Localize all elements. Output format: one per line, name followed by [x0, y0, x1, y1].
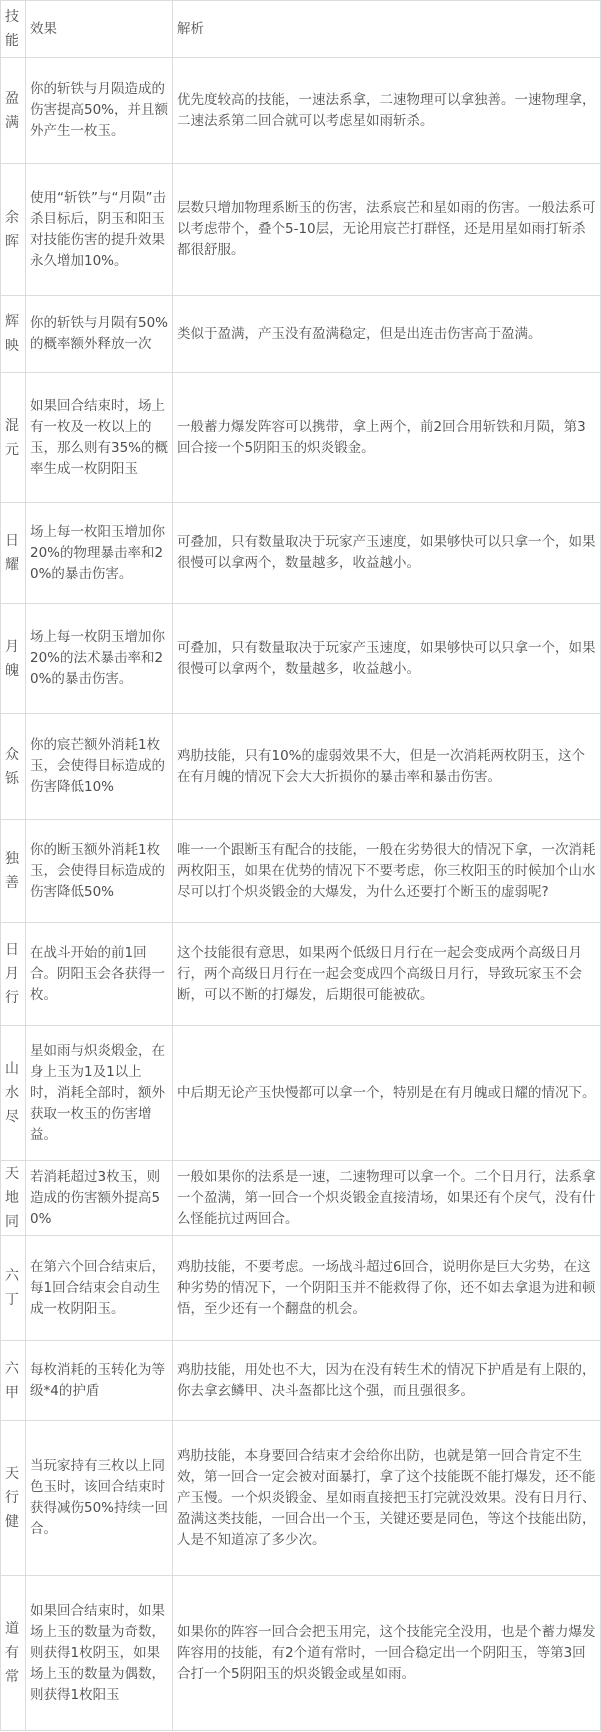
skill-effect: 你的断玉额外消耗1枚玉，会使得目标造成的伤害降低50% — [26, 820, 173, 923]
skill-name: 山水尽 — [1, 1026, 26, 1161]
table-row: 日耀 场上每一枚阳玉增加你20%的物理暴击率和20%的暴击伤害。 可叠加，只有数… — [1, 503, 601, 604]
skill-effect: 使用“斩铁”与“月陨”击杀目标后，阴玉和阳玉对技能伤害的提升效果永久增加10%。 — [26, 164, 173, 296]
skill-analysis: 一般如果你的法系是一速，二速物理可以拿一个。二个日月行，法系拿一个盈满，第一回合… — [173, 1161, 601, 1236]
skill-name: 众铄 — [1, 714, 26, 820]
table-row: 混元 如果回合结束时，场上有一枚及一枚以上的玉，那么则有35%的概率生成一枚阴阳… — [1, 373, 601, 503]
table-row: 道有常 如果回合结束时，如果场上玉的数量为奇数，则获得1枚阴玉，如果场上玉的数量… — [1, 1576, 601, 1731]
skill-name: 道有常 — [1, 1576, 26, 1731]
skill-analysis: 层数只增加物理系断玉的伤害，法系宸芒和星如雨的伤害。一般法系可以考虑带个，叠个5… — [173, 164, 601, 296]
skill-effect: 场上每一枚阴玉增加你20%的法术暴击率和20%的暴击伤害。 — [26, 604, 173, 714]
table-row: 众铄 你的宸芒额外消耗1枚玉，会使得目标造成的伤害降低10% 鸡肋技能，只有10… — [1, 714, 601, 820]
skill-name: 盈满 — [1, 58, 26, 164]
skill-effect: 如果回合结束时，如果场上玉的数量为奇数，则获得1枚阴玉，如果场上玉的数量为偶数，… — [26, 1576, 173, 1731]
skill-effect: 你的斩铁与月陨造成的伤害提高50%，并且额外产生一枚玉。 — [26, 58, 173, 164]
table-row: 天地同 若消耗超过3枚玉，则造成的伤害额外提高50% 一般如果你的法系是一速，二… — [1, 1161, 601, 1236]
table-row: 月魄 场上每一枚阴玉增加你20%的法术暴击率和20%的暴击伤害。 可叠加，只有数… — [1, 604, 601, 714]
skill-name: 余晖 — [1, 164, 26, 296]
skill-effect: 若消耗超过3枚玉，则造成的伤害额外提高50% — [26, 1161, 173, 1236]
skill-analysis: 鸡肋技能，只有10%的虚弱效果不大，但是一次消耗两枚阴玉，这个在有月魄的情况下会… — [173, 714, 601, 820]
skill-effect: 你的宸芒额外消耗1枚玉，会使得目标造成的伤害降低10% — [26, 714, 173, 820]
skill-analysis: 鸡肋技能，本身要回合结束才会给你出防，也就是第一回合肯定不生效，第一回合一定会被… — [173, 1421, 601, 1576]
skill-name: 六丁 — [1, 1236, 26, 1341]
skill-name: 天行健 — [1, 1421, 26, 1576]
skill-name: 混元 — [1, 373, 26, 503]
header-skill: 技能 — [1, 1, 26, 58]
header-effect: 效果 — [26, 1, 173, 58]
skill-analysis: 唯一一个跟断玉有配合的技能，一般在劣势很大的情况下拿，一次消耗两枚阳玉，如果在优… — [173, 820, 601, 923]
skill-analysis: 中后期无论产玉快慢都可以拿一个，特别是在有月魄或日耀的情况下。 — [173, 1026, 601, 1161]
skill-name: 日耀 — [1, 503, 26, 604]
table-row: 日月行 在战斗开始的前1回合。阴阳玉会各获得一枚。 这个技能很有意思，如果两个低… — [1, 923, 601, 1026]
table-header-row: 技能 效果 解析 — [1, 1, 601, 58]
skill-analysis: 可叠加，只有数量取决于玩家产玉速度，如果够快可以只拿一个，如果很慢可以拿两个，数… — [173, 503, 601, 604]
skill-effect: 如果回合结束时，场上有一枚及一枚以上的玉，那么则有35%的概率生成一枚阴阳玉 — [26, 373, 173, 503]
skill-effect: 你的斩铁与月陨有50%的概率额外释放一次 — [26, 296, 173, 373]
table-row: 辉映 你的斩铁与月陨有50%的概率额外释放一次 类似于盈满，产玉没有盈满稳定，但… — [1, 296, 601, 373]
skill-effect: 每枚消耗的玉转化为等级*4的护盾 — [26, 1341, 173, 1421]
skills-table: 技能 效果 解析 盈满 你的斩铁与月陨造成的伤害提高50%，并且额外产生一枚玉。… — [0, 0, 601, 1731]
skill-analysis: 如果你的阵容一回合会把玉用完，这个技能完全没用，也是个蓄力爆发阵容用的技能，有2… — [173, 1576, 601, 1731]
table-row: 六甲 每枚消耗的玉转化为等级*4的护盾 鸡肋技能，用处也不大，因为在没有转生术的… — [1, 1341, 601, 1421]
skill-effect: 场上每一枚阳玉增加你20%的物理暴击率和20%的暴击伤害。 — [26, 503, 173, 604]
skill-name: 六甲 — [1, 1341, 26, 1421]
skill-effect: 在战斗开始的前1回合。阴阳玉会各获得一枚。 — [26, 923, 173, 1026]
table-row: 六丁 在第六个回合结束后，每1回合结束会自动生成一枚阴阳玉。 鸡肋技能，不要考虑… — [1, 1236, 601, 1341]
table-row: 余晖 使用“斩铁”与“月陨”击杀目标后，阴玉和阳玉对技能伤害的提升效果永久增加1… — [1, 164, 601, 296]
skill-name: 日月行 — [1, 923, 26, 1026]
skill-analysis: 优先度较高的技能，一速法系拿，二速物理可以拿独善。一速物理拿，二速法系第二回合就… — [173, 58, 601, 164]
skill-analysis: 这个技能很有意思，如果两个低级日月行在一起会变成两个高级日月行，两个高级日月行在… — [173, 923, 601, 1026]
skill-name: 天地同 — [1, 1161, 26, 1236]
skill-analysis: 类似于盈满，产玉没有盈满稳定，但是出连击伤害高于盈满。 — [173, 296, 601, 373]
table-row: 盈满 你的斩铁与月陨造成的伤害提高50%，并且额外产生一枚玉。 优先度较高的技能… — [1, 58, 601, 164]
skill-analysis: 鸡肋技能，不要考虑。一场战斗超过6回合，说明你是巨大劣势，在这种劣势的情况下，一… — [173, 1236, 601, 1341]
table-row: 天行健 当玩家持有三枚以上同色玉时，该回合结束时获得减伤50%持续一回合。 鸡肋… — [1, 1421, 601, 1576]
skill-name: 辉映 — [1, 296, 26, 373]
table-row: 独善 你的断玉额外消耗1枚玉，会使得目标造成的伤害降低50% 唯一一个跟断玉有配… — [1, 820, 601, 923]
skill-effect: 在第六个回合结束后，每1回合结束会自动生成一枚阴阳玉。 — [26, 1236, 173, 1341]
skill-name: 月魄 — [1, 604, 26, 714]
skill-effect: 星如雨与炽炎煅金，在身上玉为1及1以上时，消耗全部时，额外获取一枚玉的伤害增益。 — [26, 1026, 173, 1161]
skill-effect: 当玩家持有三枚以上同色玉时，该回合结束时获得减伤50%持续一回合。 — [26, 1421, 173, 1576]
skill-name: 独善 — [1, 820, 26, 923]
skill-analysis: 可叠加，只有数量取决于玩家产玉速度，如果够快可以只拿一个，如果很慢可以拿两个，数… — [173, 604, 601, 714]
table-row: 山水尽 星如雨与炽炎煅金，在身上玉为1及1以上时，消耗全部时，额外获取一枚玉的伤… — [1, 1026, 601, 1161]
header-analysis: 解析 — [173, 1, 601, 58]
skill-analysis: 一般蓄力爆发阵容可以携带，拿上两个，前2回合用斩铁和月陨，第3回合接一个5阴阳玉… — [173, 373, 601, 503]
skill-analysis: 鸡肋技能，用处也不大，因为在没有转生术的情况下护盾是有上限的，你去拿玄鳞甲、决斗… — [173, 1341, 601, 1421]
